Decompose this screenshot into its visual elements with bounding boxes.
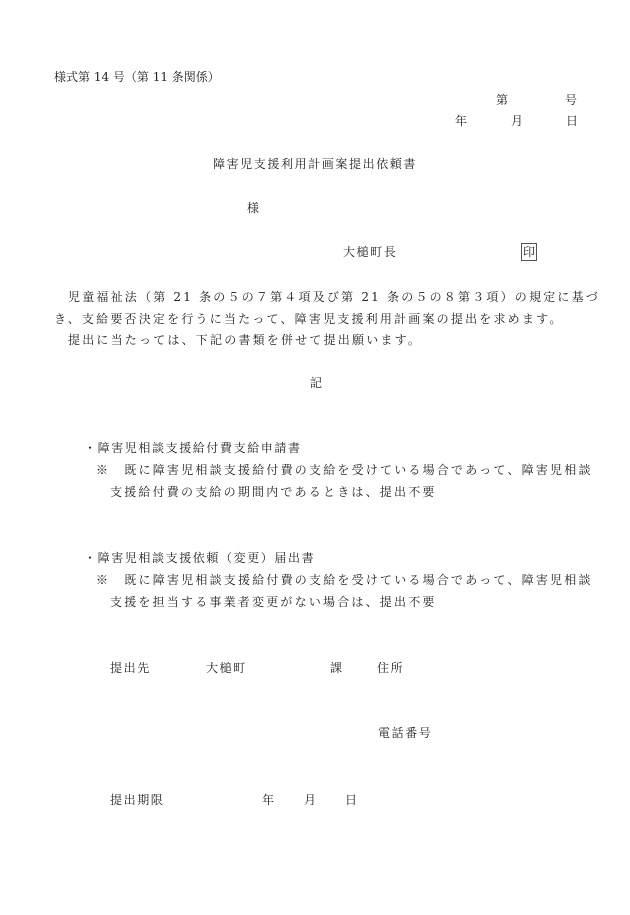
item-2-note-line-2: 支援を担当する事業者変更がない場合は、提出不要 <box>110 595 437 609</box>
phone-label: 電話番号 <box>378 726 432 740</box>
form-number: 様式第 14 号（第 11 条関係） <box>54 70 220 84</box>
addressee-suffix: 様 <box>247 201 259 215</box>
item-2-note-line-1: ※ 既に障害児相談支援給付費の支給を受けている場合であって、障害児相談 <box>96 573 593 587</box>
doc-number-prefix: 第 <box>496 93 508 107</box>
date-year: 年 <box>455 114 467 128</box>
issuer-name: 大槌町長 <box>343 245 397 259</box>
item-1-note-line-1: ※ 既に障害児相談支援給付費の支給を受けている場合であって、障害児相談 <box>96 463 593 477</box>
doc-number-suffix: 号 <box>565 93 577 107</box>
deadline-year: 年 <box>262 793 274 807</box>
body-paragraph-1-line-2: き、支給要否決定を行うに当たって、障害児支援利用計画案の提出を求めます。 <box>54 312 564 326</box>
destination-section: 課 <box>330 661 342 675</box>
body-paragraph-2: 提出に当たっては、下記の書類を併せて提出願います。 <box>68 333 422 347</box>
address-label: 住所 <box>377 661 404 675</box>
seal-mark: 印 <box>521 243 537 261</box>
deadline-label: 提出期限 <box>110 793 164 807</box>
ki-heading: 記 <box>310 376 322 390</box>
destination-label: 提出先 <box>110 661 151 675</box>
date-month: 月 <box>511 114 523 128</box>
item-2-title: ・障害児相談支援依頼（変更）届出書 <box>84 551 315 565</box>
body-paragraph-1-line-1: 児童福祉法（第 21 条の５の７第４項及び第 21 条の５の８第３項）の規定に基… <box>68 290 600 304</box>
date-day: 日 <box>566 114 578 128</box>
item-1-note-line-2: 支援給付費の支給の期間内であるときは、提出不要 <box>110 485 437 499</box>
deadline-month: 月 <box>304 793 316 807</box>
document-title: 障害児支援利用計画案提出依頼書 <box>213 157 417 171</box>
deadline-day: 日 <box>345 793 357 807</box>
destination-town: 大槌町 <box>206 661 247 675</box>
item-1-title: ・障害児相談支援給付費支給申請書 <box>84 441 302 455</box>
